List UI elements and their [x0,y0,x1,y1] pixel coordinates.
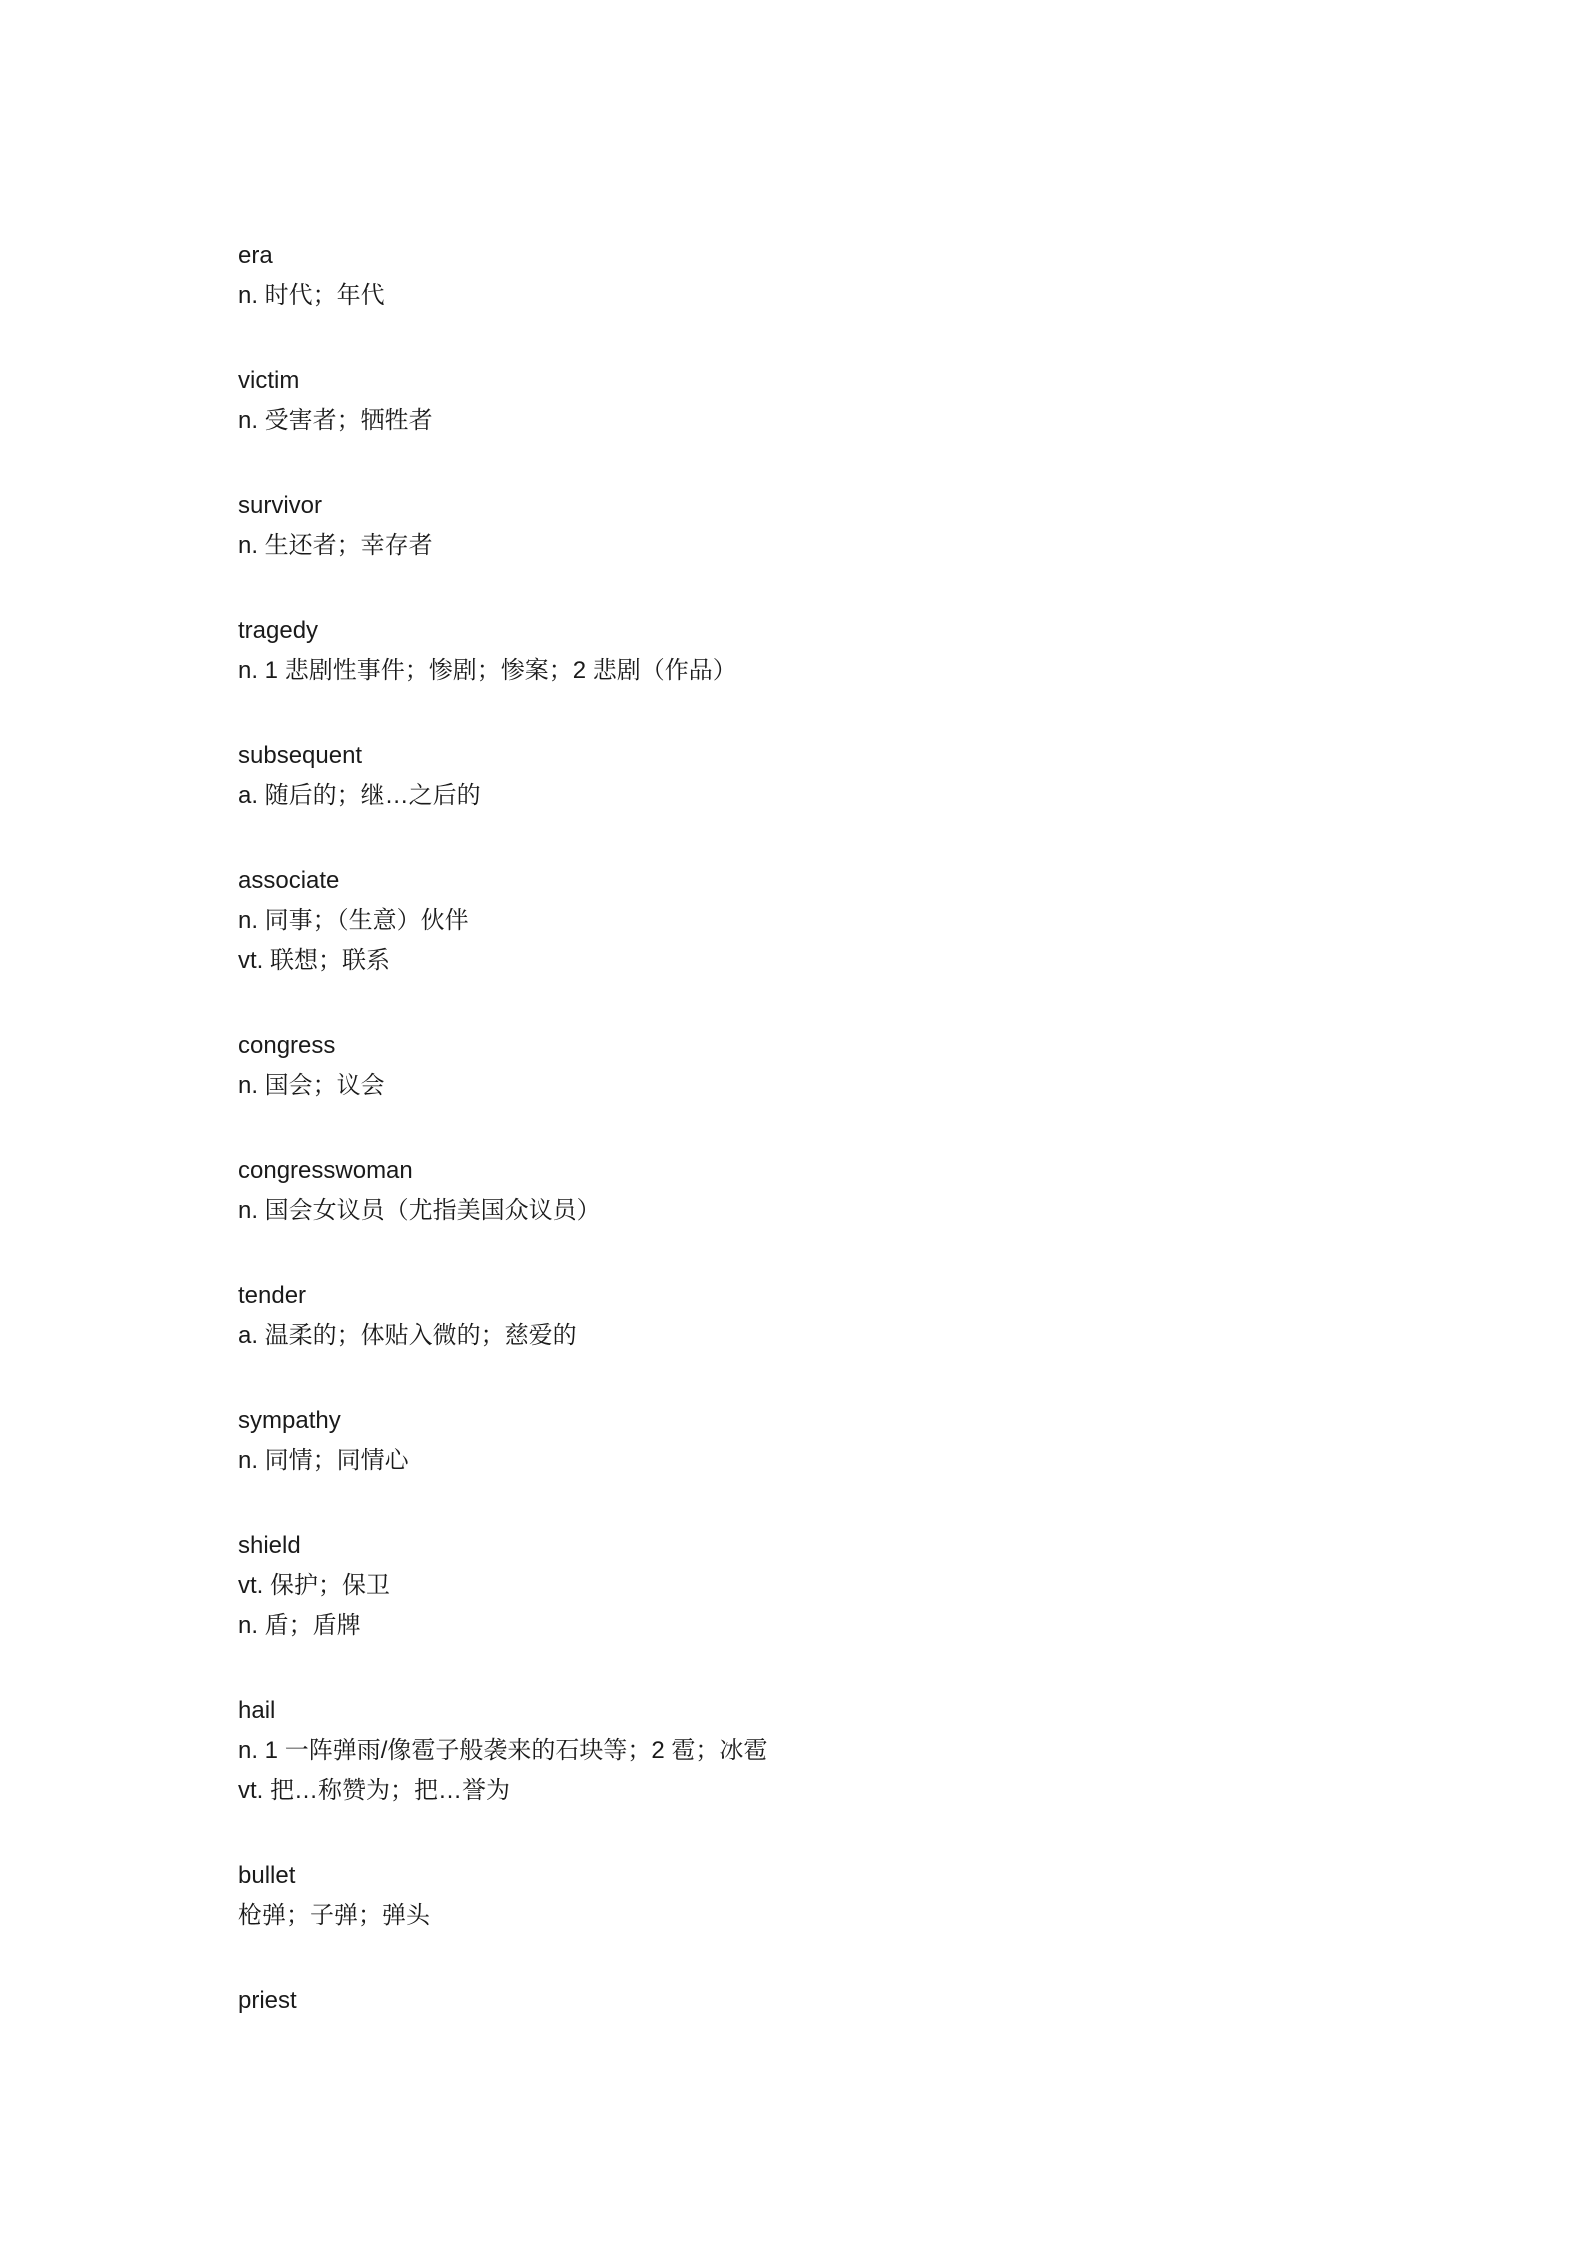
vocab-entry: priest [238,1981,1467,2021]
entry-definition: vt. 保护；保卫 [238,1566,1467,1606]
entry-definition: n. 生还者；幸存者 [238,526,1467,566]
vocab-entry: sympathyn. 同情；同情心 [238,1401,1467,1481]
vocab-entry: hailn. 1 一阵弹雨/像雹子般袭来的石块等；2 雹；冰雹vt. 把…称赞为… [238,1691,1467,1811]
entry-word: era [238,236,1467,276]
entry-word: associate [238,861,1467,901]
entry-word: survivor [238,486,1467,526]
entry-definition: a. 随后的；继…之后的 [238,776,1467,816]
vocab-entry: eran. 时代；年代 [238,236,1467,316]
entry-word: congresswoman [238,1151,1467,1191]
entry-definition: vt. 把…称赞为；把…誉为 [238,1771,1467,1811]
entry-word: bullet [238,1856,1467,1896]
entry-word: priest [238,1981,1467,2021]
entry-definition: n. 1 悲剧性事件；惨剧；惨案；2 悲剧（作品） [238,651,1467,691]
vocab-entry: tendera. 温柔的；体贴入微的；慈爱的 [238,1276,1467,1356]
entry-definition: n. 国会女议员（尤指美国众议员） [238,1191,1467,1231]
entry-definition: n. 时代；年代 [238,276,1467,316]
vocab-entry: congresswomann. 国会女议员（尤指美国众议员） [238,1151,1467,1231]
vocabulary-list: eran. 时代；年代victimn. 受害者；牺牲者survivorn. 生还… [238,236,1467,2021]
entry-definition: n. 1 一阵弹雨/像雹子般袭来的石块等；2 雹；冰雹 [238,1731,1467,1771]
vocab-entry: victimn. 受害者；牺牲者 [238,361,1467,441]
entry-definition: n. 盾；盾牌 [238,1606,1467,1646]
entry-definition: a. 温柔的；体贴入微的；慈爱的 [238,1316,1467,1356]
entry-word: congress [238,1026,1467,1066]
vocab-entry: tragedyn. 1 悲剧性事件；惨剧；惨案；2 悲剧（作品） [238,611,1467,691]
entry-definition: n. 国会；议会 [238,1066,1467,1106]
entry-word: tragedy [238,611,1467,651]
vocab-entry: associaten. 同事；（生意）伙伴vt. 联想；联系 [238,861,1467,981]
document-page: eran. 时代；年代victimn. 受害者；牺牲者survivorn. 生还… [0,0,1587,2245]
vocab-entry: congressn. 国会；议会 [238,1026,1467,1106]
entry-definition: vt. 联想；联系 [238,941,1467,981]
vocab-entry: bullet枪弹；子弹；弹头 [238,1856,1467,1936]
entry-definition: 枪弹；子弹；弹头 [238,1896,1467,1936]
vocab-entry: shieldvt. 保护；保卫n. 盾；盾牌 [238,1526,1467,1646]
vocab-entry: subsequenta. 随后的；继…之后的 [238,736,1467,816]
entry-word: shield [238,1526,1467,1566]
entry-word: subsequent [238,736,1467,776]
entry-word: victim [238,361,1467,401]
entry-word: hail [238,1691,1467,1731]
vocab-entry: survivorn. 生还者；幸存者 [238,486,1467,566]
entry-word: sympathy [238,1401,1467,1441]
entry-definition: n. 同情；同情心 [238,1441,1467,1481]
entry-definition: n. 同事；（生意）伙伴 [238,901,1467,941]
entry-definition: n. 受害者；牺牲者 [238,401,1467,441]
entry-word: tender [238,1276,1467,1316]
